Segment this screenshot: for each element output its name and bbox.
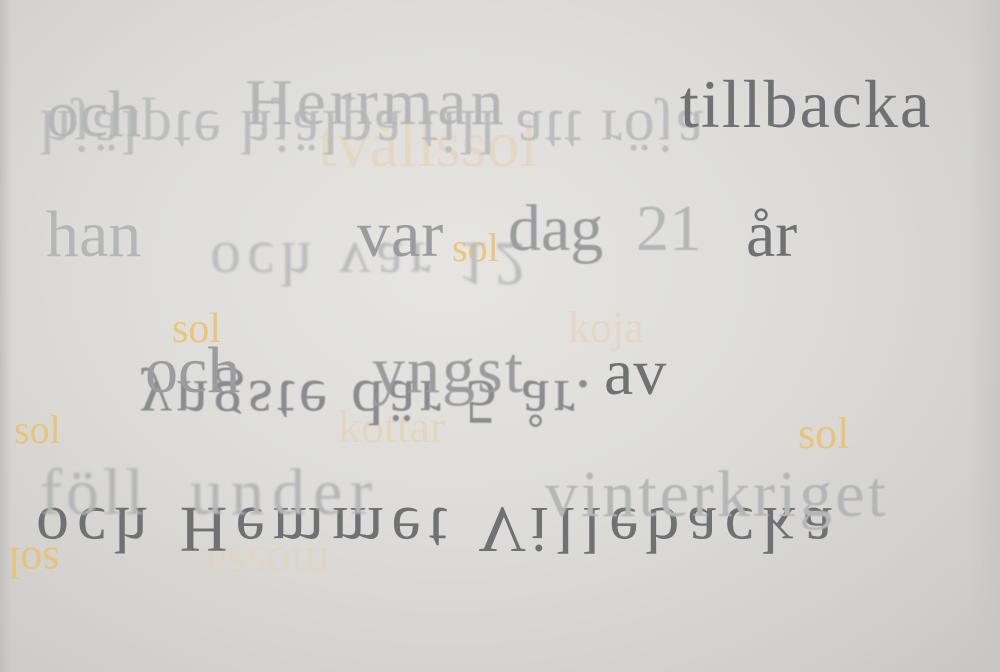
upright-word-och: och <box>46 82 141 148</box>
upright-word-och-2: och <box>145 338 240 404</box>
paper-edge-right <box>970 0 1000 672</box>
upright-word-yngst: yngst <box>372 338 525 404</box>
upright-word-av: av <box>604 340 666 406</box>
upright-word-herrman: Herrman <box>245 70 508 136</box>
upright-word-21: 21 <box>636 196 702 262</box>
upright-word-foll: föll <box>40 460 148 526</box>
colored-word-sol: sol <box>14 410 61 450</box>
upright-word-tillbacka: tillbacka <box>680 70 932 138</box>
upright-word-dag: dag <box>508 196 603 262</box>
upright-word-han: han <box>46 202 141 268</box>
artwork-photo: tvållssol sol sol koja sol kottar sol so… <box>0 0 1000 672</box>
upright-word-var: var <box>357 202 444 268</box>
upright-word-ar: år <box>746 202 797 268</box>
colored-word-sol: sol <box>798 412 849 456</box>
upright-word-vinterkriget: vinterkriget <box>545 462 889 528</box>
upright-word-under: under <box>190 460 380 526</box>
